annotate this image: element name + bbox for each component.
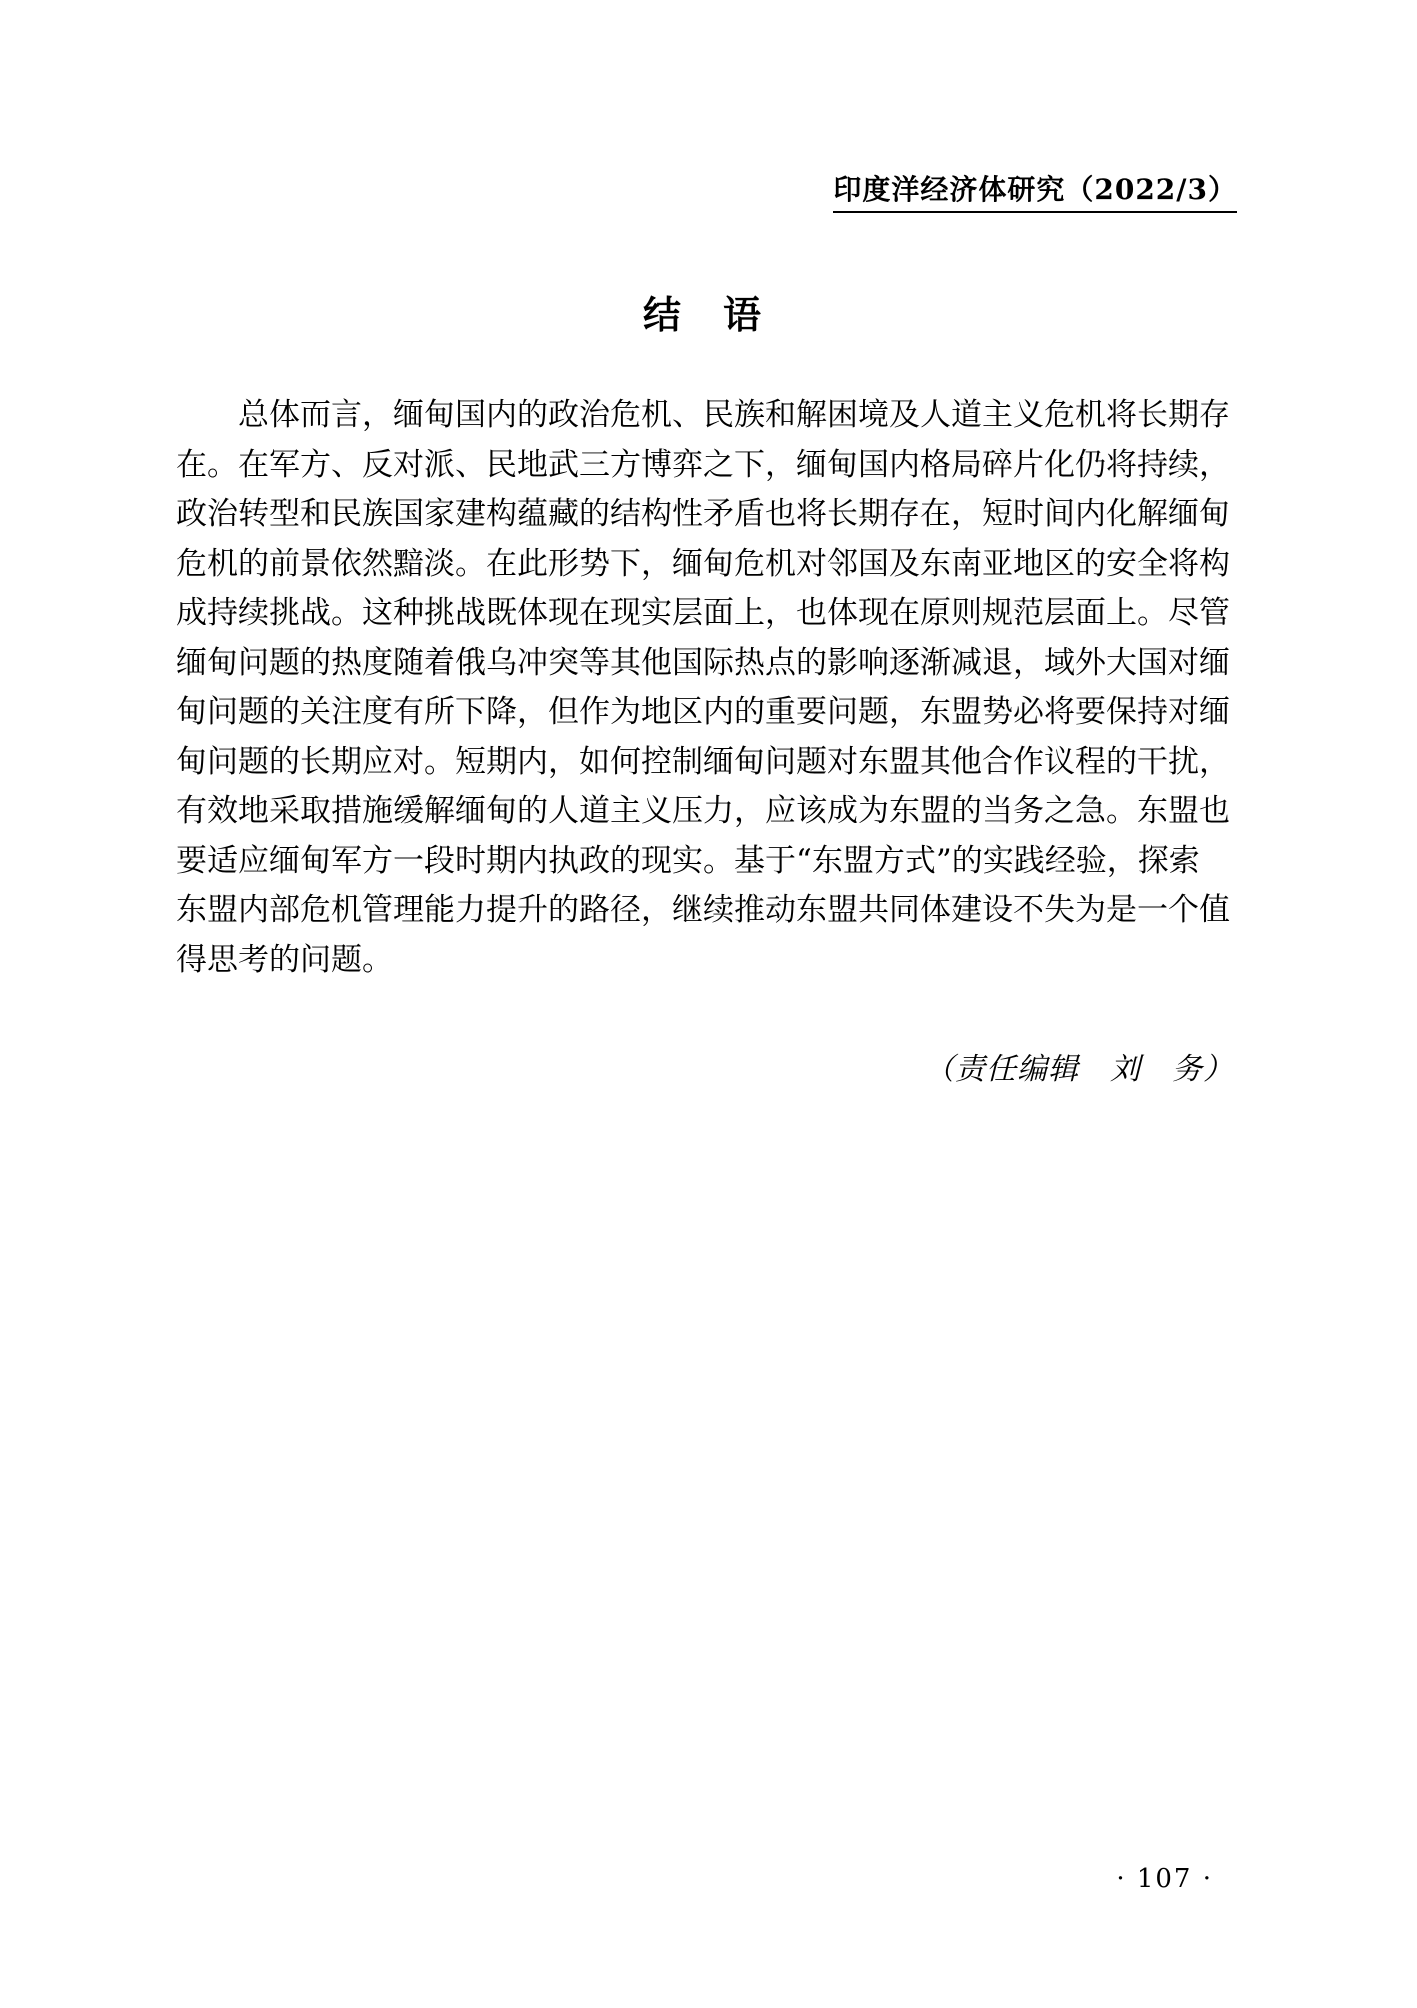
body-line: 得思考的问题。 [176, 936, 1230, 986]
editor-note: （责任编辑 刘 务） [176, 1044, 1234, 1088]
body-line: 甸问题的长期应对。短期内，如何控制缅甸问题对东盟其他合作议程的干扰， [176, 738, 1230, 788]
body-line: 有效地采取措施缓解缅甸的人道主义压力，应该成为东盟的当务之急。东盟也 [176, 787, 1230, 837]
body-line: 在。在军方、反对派、民地武三方博弈之下，缅甸国内格局碎片化仍将持续， [176, 441, 1230, 491]
document-page: 印度洋经济体研究（2022/3） 结 语 总体而言，缅甸国内的政治危机、民族和解… [0, 0, 1417, 2008]
body-line: 总体而言，缅甸国内的政治危机、民族和解困境及人道主义危机将长期存 [176, 391, 1230, 441]
body-line: 危机的前景依然黯淡。在此形势下，缅甸危机对邻国及东南亚地区的安全将构 [176, 540, 1230, 590]
body-line: 东盟内部危机管理能力提升的路径，继续推动东盟共同体建设不失为是一个值 [176, 886, 1230, 936]
body-line: 甸问题的关注度有所下降，但作为地区内的重要问题，东盟势必将要保持对缅 [176, 688, 1230, 738]
body-line: 政治转型和民族国家建构蕴藏的结构性矛盾也将长期存在，短时间内化解缅甸 [176, 490, 1230, 540]
body-line: 要适应缅甸军方一段时期内执政的现实。基于“东盟方式”的实践经验，探索 [176, 837, 1230, 887]
page-number: · 107 · [1116, 1864, 1213, 1894]
journal-header: 印度洋经济体研究（2022/3） [833, 168, 1237, 213]
body-line: 成持续挑战。这种挑战既体现在现实层面上，也体现在原则规范层面上。尽管 [176, 589, 1230, 639]
page-title: 结 语 [176, 284, 1230, 339]
body-line: 缅甸问题的热度随着俄乌冲突等其他国际热点的影响逐渐减退，域外大国对缅 [176, 639, 1230, 689]
article-body: 总体而言，缅甸国内的政治危机、民族和解困境及人道主义危机将长期存 在。在军方、反… [176, 391, 1230, 985]
